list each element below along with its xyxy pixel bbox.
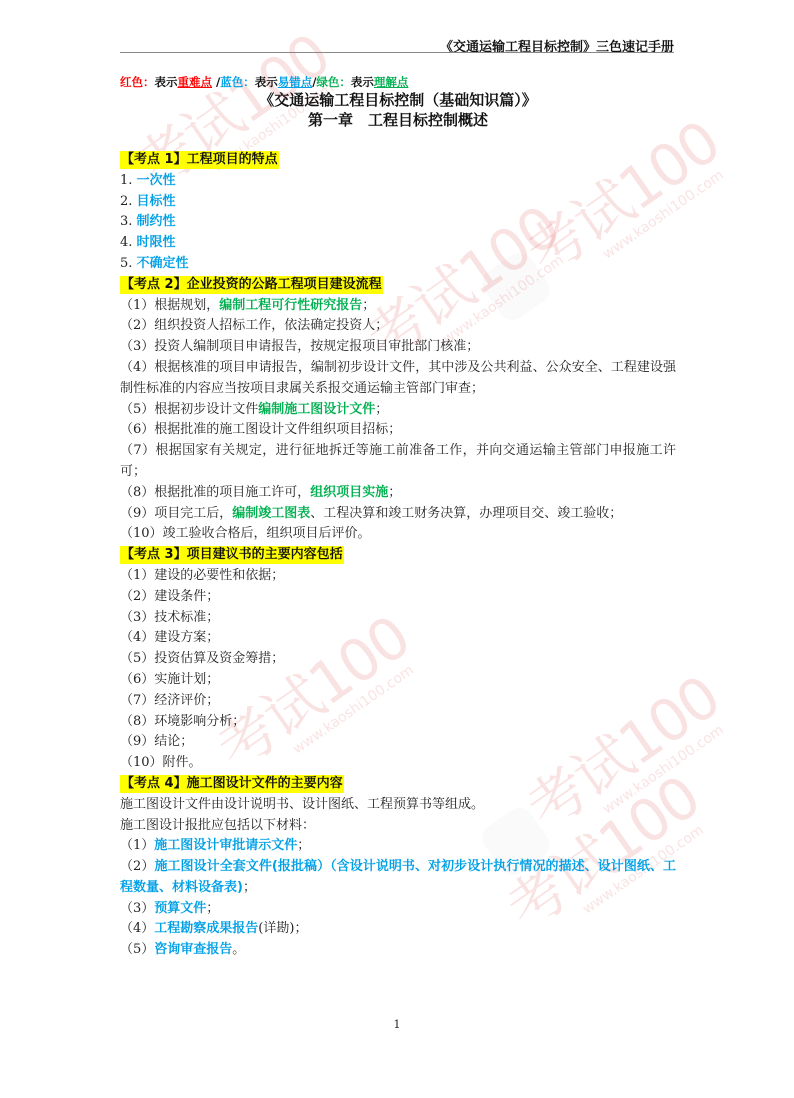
list-item: （2）施工图设计全套文件(报批稿）（含设计说明书、对初步设计执行情况的描述、设计… — [120, 857, 676, 899]
item-text: 。 — [232, 942, 245, 957]
list-item: 4. 时限性 — [120, 233, 676, 254]
item-text: 、工程决算和竣工财务决算，办理项目交、竣工验收； — [310, 506, 622, 521]
list-item: （3）预算文件； — [120, 899, 676, 920]
list-item: （3）技术标准； — [120, 608, 676, 629]
list-item: （10）附件。 — [120, 753, 676, 774]
item-highlight: 施工图设计审批请示文件 — [154, 838, 297, 853]
item-text: 不确定性 — [137, 256, 189, 271]
list-item: （4）建设方案； — [120, 628, 676, 649]
section-heading: 【考点 4】施工图设计文件的主要内容 — [120, 775, 344, 793]
section-kaodian-2: 【考点 2】企业投资的公路工程项目建设流程 （1）根据规划，编制工程可行性研究报… — [120, 275, 676, 545]
legend-red-term: 重难点 — [178, 75, 213, 89]
item-text: ； — [362, 298, 375, 313]
chapter-title: 第一章 工程目标控制概述 — [120, 110, 676, 130]
item-highlight: 组织项目实施 — [310, 485, 388, 500]
list-item: （8）环境影响分析； — [120, 712, 676, 733]
legend-blue-label: 蓝色： — [220, 75, 255, 89]
item-highlight: 编制施工图设计文件 — [258, 402, 375, 417]
item-text: ； — [375, 402, 388, 417]
list-item: （7）根据国家有关规定，进行征地拆迁等施工前准备工作，并向交通运输主管部门申报施… — [120, 441, 676, 483]
list-item: （4）工程勘察成果报告(详勘)； — [120, 919, 676, 940]
legend-text: 表示 — [351, 75, 374, 89]
document-body: 红色：表示重难点 /蓝色：表示易错点/绿色：表示理解点 《交通运输工程目标控制（… — [120, 74, 676, 961]
color-legend: 红色：表示重难点 /蓝色：表示易错点/绿色：表示理解点 — [120, 74, 676, 90]
item-number: （2） — [120, 859, 154, 874]
section-kaodian-3: 【考点 3】项目建议书的主要内容包括 （1）建设的必要性和依据； （2）建设条件… — [120, 545, 676, 774]
item-highlight: 咨询审查报告 — [154, 942, 232, 957]
legend-green-term: 理解点 — [374, 75, 409, 89]
item-highlight: 工程勘察成果报告 — [154, 921, 258, 936]
paragraph: 施工图设计报批应包括以下材料： — [120, 816, 676, 837]
list-item: （6）根据批准的施工图设计文件组织项目招标； — [120, 420, 676, 441]
list-item: （1）根据规划，编制工程可行性研究报告； — [120, 296, 676, 317]
item-number: （1） — [120, 838, 154, 853]
legend-red-label: 红色： — [120, 75, 155, 89]
item-text: （1）根据规划， — [120, 298, 219, 313]
list-item: 2. 目标性 — [120, 192, 676, 213]
item-text: 时限性 — [137, 235, 176, 250]
list-item: （3）投资人编制项目申请报告，按规定报项目审批部门核准； — [120, 337, 676, 358]
document-title: 《交通运输工程目标控制（基础知识篇）》 — [120, 90, 676, 110]
document-page: 考试100 www.kaoshi100.com 考试100 www.kaoshi… — [0, 0, 794, 1098]
legend-green-label: 绿色： — [316, 75, 351, 89]
legend-blue-term: 易错点 — [278, 75, 313, 89]
spacer — [120, 130, 676, 150]
list-item: （1）施工图设计审批请示文件； — [120, 836, 676, 857]
item-text: （9）项目完工后， — [120, 506, 232, 521]
section-kaodian-1: 【考点 1】工程项目的特点 1. 一次性 2. 目标性 3. 制约性 4. 时限… — [120, 150, 676, 275]
legend-separator: / — [212, 75, 220, 89]
section-heading: 【考点 1】工程项目的特点 — [120, 151, 279, 169]
item-number: （3） — [120, 901, 154, 916]
list-item: （2）建设条件； — [120, 587, 676, 608]
item-text: （8）根据批准的项目施工许可， — [120, 485, 310, 500]
item-text: ； — [206, 901, 219, 916]
item-text: ； — [243, 880, 256, 895]
item-number: 4. — [120, 235, 137, 250]
item-number: 1. — [120, 173, 137, 188]
item-text: 目标性 — [137, 194, 176, 209]
list-item: 3. 制约性 — [120, 212, 676, 233]
section-heading: 【考点 3】项目建议书的主要内容包括 — [120, 546, 344, 564]
list-item: （1）建设的必要性和依据； — [120, 566, 676, 587]
list-item: 5. 不确定性 — [120, 254, 676, 275]
list-item: （5）咨询审查报告。 — [120, 940, 676, 961]
item-text: (详勘)； — [258, 921, 307, 936]
item-text: （5）根据初步设计文件 — [120, 402, 258, 417]
list-item: （8）根据批准的项目施工许可，组织项目实施； — [120, 483, 676, 504]
list-item: （5）根据初步设计文件编制施工图设计文件； — [120, 400, 676, 421]
paragraph: 施工图设计文件由设计说明书、设计图纸、工程预算书等组成。 — [120, 795, 676, 816]
item-number: （5） — [120, 942, 154, 957]
section-kaodian-4: 【考点 4】施工图设计文件的主要内容 施工图设计文件由设计说明书、设计图纸、工程… — [120, 774, 676, 961]
item-number: 2. — [120, 194, 137, 209]
legend-text: 表示 — [155, 75, 178, 89]
list-item: （2）组织投资人招标工作，依法确定投资人； — [120, 316, 676, 337]
list-item: （9）项目完工后，编制竣工图表、工程决算和竣工财务决算，办理项目交、竣工验收； — [120, 504, 676, 525]
item-number: （4） — [120, 921, 154, 936]
item-text: 一次性 — [137, 173, 176, 188]
list-item: （4）根据核准的项目申请报告，编制初步设计文件，其中涉及公共利益、公众安全、工程… — [120, 358, 676, 400]
item-text: ； — [297, 838, 310, 853]
list-item: 1. 一次性 — [120, 171, 676, 192]
item-highlight: 编制工程可行性研究报告 — [219, 298, 362, 313]
legend-text: 表示 — [255, 75, 278, 89]
item-highlight: 编制竣工图表 — [232, 506, 310, 521]
list-item: （6）实施计划； — [120, 670, 676, 691]
item-number: 3. — [120, 214, 137, 229]
item-text: ； — [388, 485, 401, 500]
list-item: （9）结论； — [120, 732, 676, 753]
list-item: （5）投资估算及资金筹措； — [120, 649, 676, 670]
item-number: 5. — [120, 256, 137, 271]
item-text: 制约性 — [137, 214, 176, 229]
item-highlight: 施工图设计全套文件(报批稿）（含设计说明书、对初步设计执行情况的描述、设计图纸、… — [120, 859, 676, 895]
header-divider — [120, 52, 674, 53]
item-highlight: 预算文件 — [154, 901, 206, 916]
list-item: （7）经济评价； — [120, 691, 676, 712]
section-heading: 【考点 2】企业投资的公路工程项目建设流程 — [120, 276, 383, 294]
page-number: 1 — [0, 1018, 794, 1031]
list-item: （10）竣工验收合格后，组织项目后评价。 — [120, 524, 676, 545]
